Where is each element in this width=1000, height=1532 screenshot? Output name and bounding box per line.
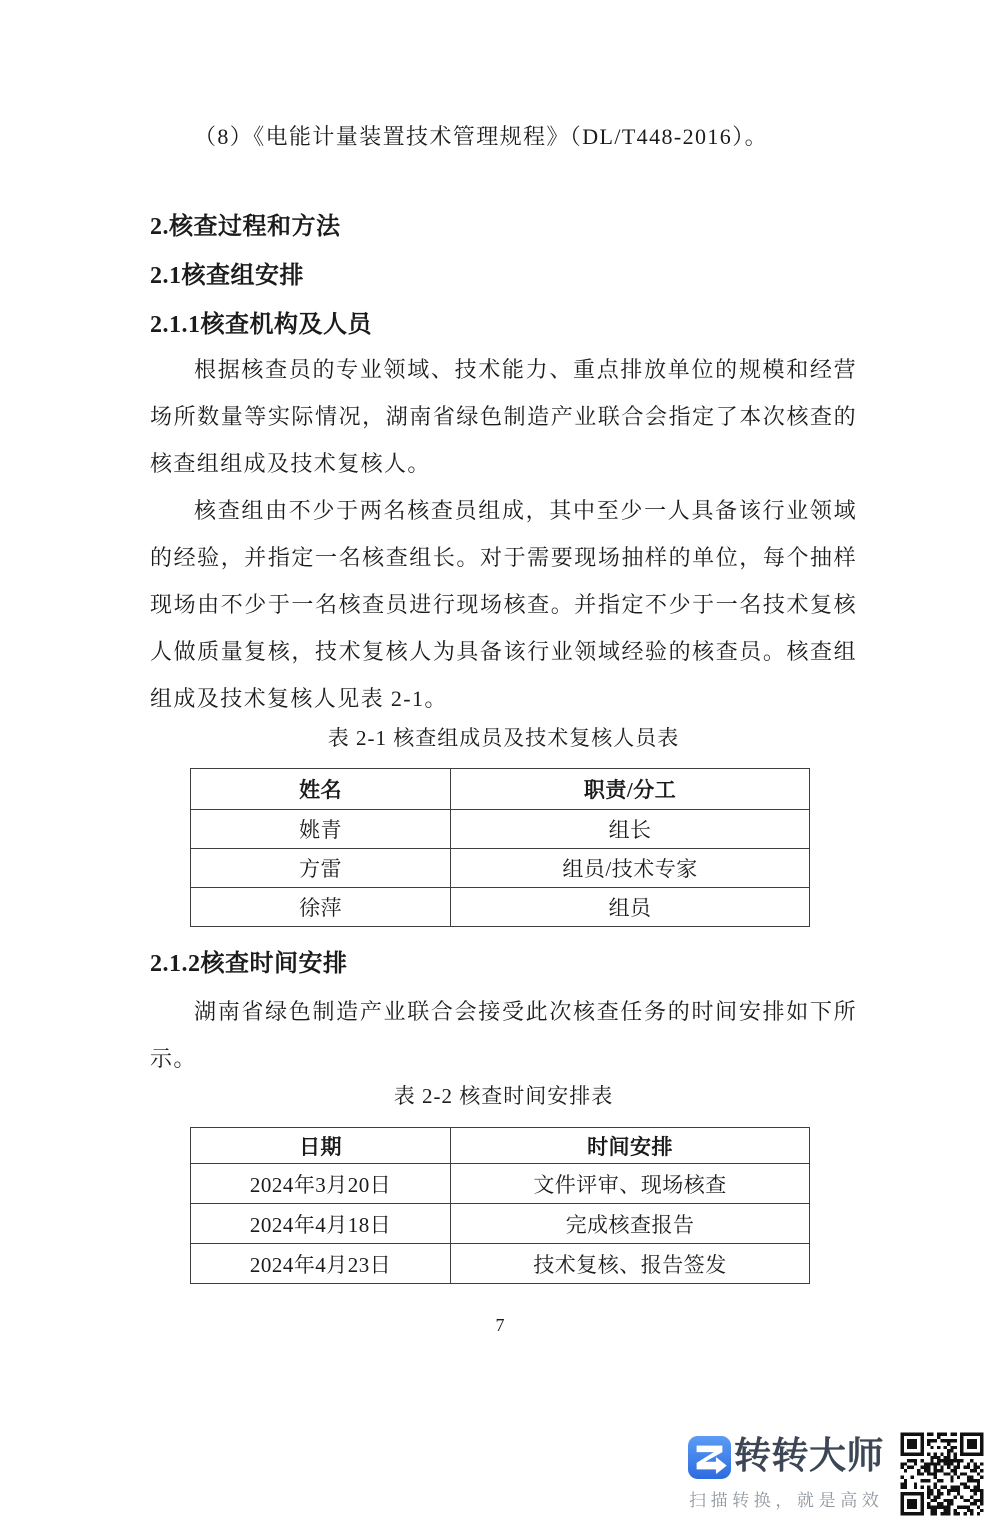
table-schedule-header-plan: 时间安排 [451,1128,810,1164]
table-schedule-caption: 表 2-2 核查时间安排表 [150,1081,857,1111]
member-role: 组员/技术专家 [451,849,810,888]
document-page: （8）《电能计量装置技术管理规程》（DL/T448-2016）。 2.核查过程和… [0,0,1000,1532]
table-row: 徐萍 组员 [191,888,810,927]
schedule-date: 2024年3月20日 [191,1164,451,1204]
z-arrow-logo-icon [688,1436,731,1479]
heading-verification-process: 2.核查过程和方法 [150,212,857,242]
table-members-header-row: 姓名 职责/分工 [191,769,810,810]
table-row: 2024年4月23日 技术复核、报告签发 [191,1244,810,1284]
table-schedule: 日期 时间安排 2024年3月20日 文件评审、现场核查 2024年4月18日 … [190,1127,810,1284]
table-schedule-header-row: 日期 时间安排 [191,1128,810,1164]
schedule-date: 2024年4月23日 [191,1244,451,1284]
paragraph-org-1: 根据核查员的专业领域、技术能力、重点排放单位的规模和经营场所数量等实际情况，湖南… [150,346,857,487]
zhuanzhuan-logo-icon [688,1436,731,1479]
member-role: 组长 [451,810,810,849]
heading-team-arrangement: 2.1核查组安排 [150,261,857,291]
table-members: 姓名 职责/分工 姚青 组长 方雷 组员/技术专家 徐萍 组员 [190,768,810,927]
reference-item: （8）《电能计量装置技术管理规程》（DL/T448-2016）。 [150,113,857,160]
member-name: 方雷 [191,849,451,888]
heading-time-arrangement: 2.1.2核查时间安排 [150,949,857,979]
member-name: 姚青 [191,810,451,849]
table-row: 2024年4月18日 完成核查报告 [191,1204,810,1244]
schedule-activity: 文件评审、现场核查 [451,1164,810,1204]
member-role: 组员 [451,888,810,927]
table-row: 2024年3月20日 文件评审、现场核查 [191,1164,810,1204]
table-members-header-name: 姓名 [191,769,451,810]
table-members-caption: 表 2-1 核查组成员及技术复核人员表 [150,723,857,753]
page-number: 7 [0,1314,1000,1336]
paragraph-time: 湖南省绿色制造产业联合会接受此次核查任务的时间安排如下所示。 [150,988,857,1082]
table-row: 方雷 组员/技术专家 [191,849,810,888]
paragraph-org-2: 核查组由不少于两名核查员组成，其中至少一人具备该行业领域的经验，并指定一名核查组… [150,487,857,722]
brand-slogan: 扫描转换，就是高效 [689,1486,883,1516]
schedule-date: 2024年4月18日 [191,1204,451,1244]
schedule-activity: 完成核查报告 [451,1204,810,1244]
table-schedule-header-date: 日期 [191,1128,451,1164]
member-name: 徐萍 [191,888,451,927]
table-members-header-role: 职责/分工 [451,769,810,810]
heading-org-personnel: 2.1.1核查机构及人员 [150,310,857,340]
table-row: 姚青 组长 [191,810,810,849]
qr-code [897,1428,987,1520]
schedule-activity: 技术复核、报告签发 [451,1244,810,1284]
brand-name: 转转大师 [734,1434,884,1478]
